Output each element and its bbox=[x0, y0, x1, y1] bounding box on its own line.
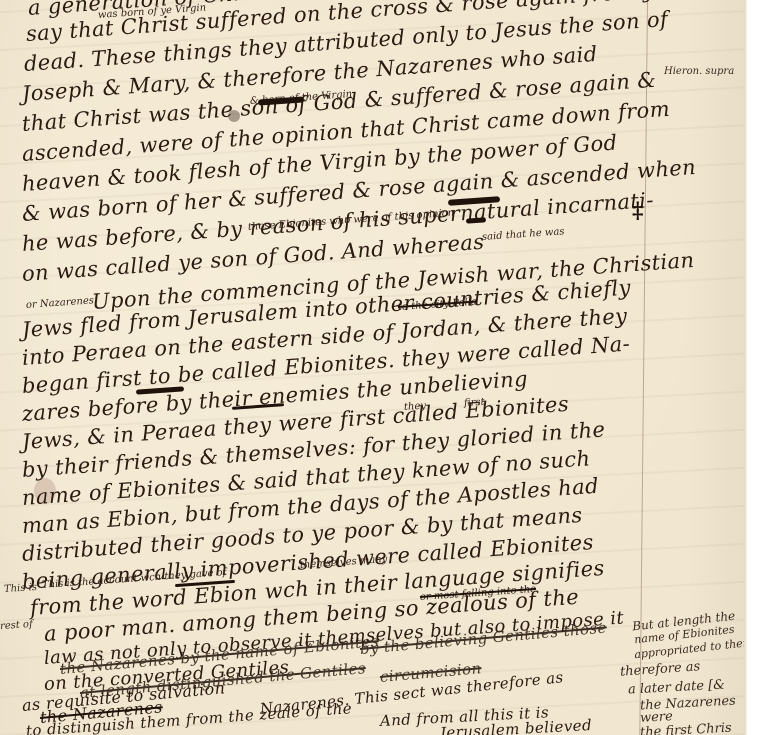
margin-note-rest-of: rest of bbox=[0, 619, 33, 632]
insertion-they: they bbox=[404, 400, 427, 413]
double-cross-mark-icon: ‡ bbox=[632, 198, 644, 224]
insertion-first: first bbox=[464, 397, 485, 409]
insertion-said-he-was: said that he was bbox=[482, 226, 565, 243]
margin-note-hieron: Hieron. supra bbox=[664, 66, 734, 77]
manuscript-page: a generation of Christ as the say that C… bbox=[0, 0, 746, 735]
insertion-or-nazarenes: or Nazarenes bbox=[26, 295, 95, 311]
margin-note-right-4: therefore as bbox=[620, 659, 701, 680]
margin-note-this-is: This is bbox=[4, 582, 38, 595]
page-edge bbox=[744, 0, 747, 735]
